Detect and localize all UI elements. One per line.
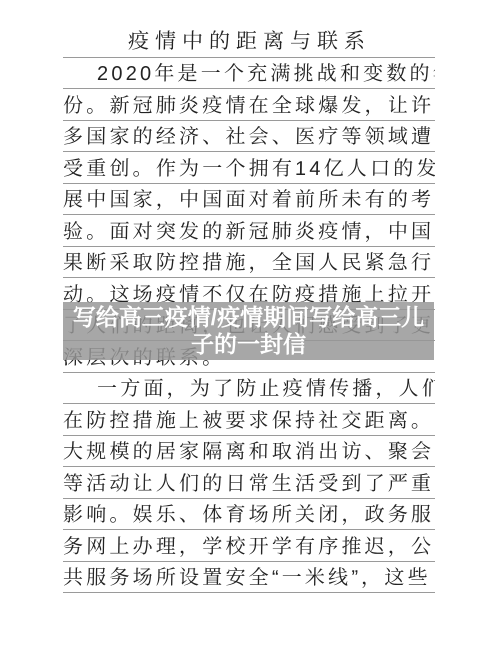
essay-line: 影响。娱乐、体育场所关闭，政务服 xyxy=(63,499,435,531)
essay-line-text: 验。面对突发的新冠肺炎疫情，中国 xyxy=(63,222,434,246)
essay-line-text: 多国家的经济、社会、医疗等领域遭 xyxy=(63,127,434,151)
essay-line-text: 果断采取防控措施，全国人民紧急行 xyxy=(63,253,434,277)
essay-line: 多国家的经济、社会、医疗等领域遭 xyxy=(63,121,435,153)
essay-line-text: 一方面，为了防止疫情传播，人们 xyxy=(97,379,435,403)
essay-line-text: 在防控措施上被要求保持社交距离。 xyxy=(63,411,434,435)
essay-line: 一方面，为了防止疫情传播，人们 xyxy=(63,373,435,405)
essay-line-text: 受重创。作为一个拥有14亿人口的发 xyxy=(63,159,435,183)
essay-line: 大规模的居家隔离和取消出访、聚会 xyxy=(63,436,435,468)
essay-line: 等活动让人们的日常生活受到了严重 xyxy=(63,467,435,499)
essay-line: 2020年是一个充满挑战和变数的年 xyxy=(63,58,435,90)
watermark-text-line-2: 子的一封信 xyxy=(191,331,306,358)
essay-line: 份。新冠肺炎疫情在全球爆发，让许 xyxy=(63,89,435,121)
essay-line: 果断采取防控措施，全国人民紧急行 xyxy=(63,247,435,279)
watermark-text-line-1: 写给高三疫情/疫情期间写给高三儿 xyxy=(73,304,424,331)
essay-line-text: 展中国家，中国面对着前所未有的考 xyxy=(63,190,434,214)
essay-line: 在防控措施上被要求保持社交距离。 xyxy=(63,404,435,436)
watermark-banner: 写给高三疫情/疫情期间写给高三儿 子的一封信 xyxy=(63,302,434,360)
essay-title: 疫情中的距离与联系 xyxy=(127,31,370,57)
essay-title-row: 疫情中的距离与联系 xyxy=(63,26,435,58)
essay-line-text: 影响。娱乐、体育场所关闭，政务服 xyxy=(63,505,434,529)
essay-line-text: 份。新冠肺炎疫情在全球爆发，让许 xyxy=(63,96,434,120)
essay-line: 展中国家，中国面对着前所未有的考 xyxy=(63,184,435,216)
essay-line: 验。面对突发的新冠肺炎疫情，中国 xyxy=(63,215,435,247)
essay-line: 受重创。作为一个拥有14亿人口的发 xyxy=(63,152,435,184)
essay-line-text: 务网上办理，学校开学有序推迟，公 xyxy=(63,537,434,561)
essay-line-text: 共服务场所设置安全“一米线”，这些 xyxy=(63,568,431,592)
essay-line: 务网上办理，学校开学有序推迟，公 xyxy=(63,530,435,562)
essay-line: 共服务场所设置安全“一米线”，这些 xyxy=(63,562,435,594)
essay-line-text: 大规模的居家隔离和取消出访、聚会 xyxy=(63,442,434,466)
essay-line-text: 2020年是一个充满挑战和变数的年 xyxy=(97,64,435,88)
essay-line-text: 等活动让人们的日常生活受到了严重 xyxy=(63,474,434,498)
